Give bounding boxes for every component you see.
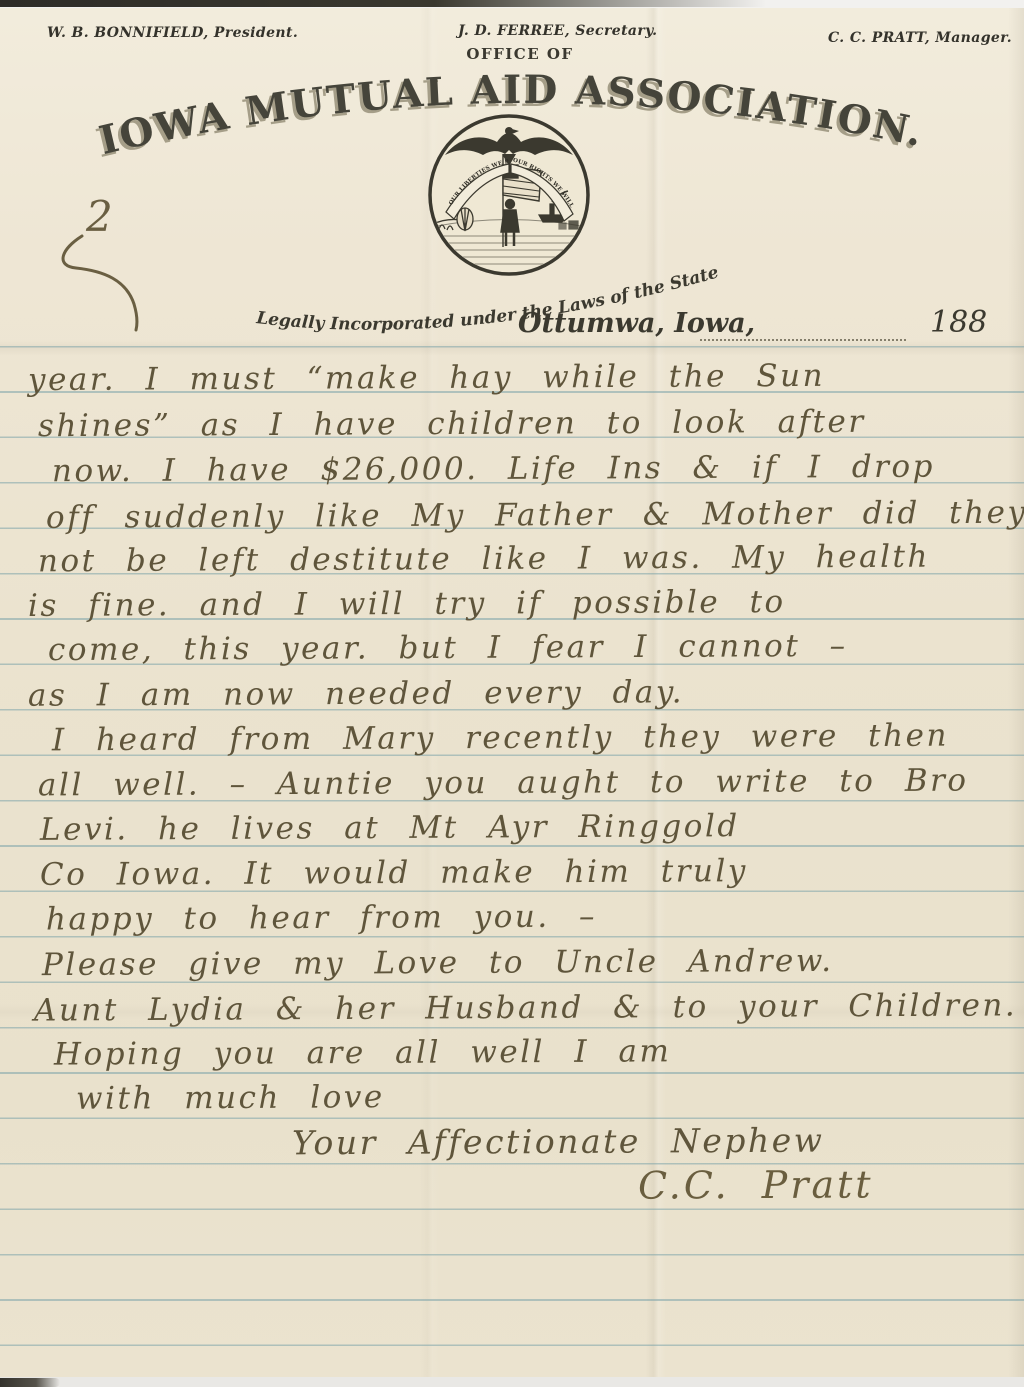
letter-line: Levi. he lives at Mt Ayr Ringgold: [40, 808, 740, 848]
letter-line: as I am now needed every day.: [28, 674, 684, 713]
scanned-letter-page: W. B. BONNIFIELD, President. J. D. FERRE…: [0, 0, 1024, 1387]
letter-line: now. I have $26,000. Life Ins & if I dro…: [52, 449, 935, 490]
scan-edge-dark-sliver: [0, 0, 790, 7]
letter-line: with much love: [76, 1079, 385, 1117]
letter-line: I heard from Mary recently they were the…: [52, 718, 949, 759]
letter-line: Hoping you are all well I am: [54, 1033, 672, 1072]
letter-line: is fine. and I will try if possible to: [28, 584, 786, 624]
letter-line: Co Iowa. It would make him truly: [40, 853, 748, 893]
scan-smudge-bottom-left: [0, 1378, 60, 1387]
letter-line: shines” as I have children to look after: [38, 404, 866, 444]
letter-line: Aunt Lydia & her Husband & to your Child…: [34, 987, 1017, 1028]
page-number-flourish: [52, 204, 192, 334]
letter-signature: C.C. Pratt: [638, 1162, 874, 1207]
letter-line: year. I must “make hay while the Sun: [28, 358, 825, 398]
letter-line: not be left destitute like I was. My hea…: [38, 539, 930, 580]
letter-line: come, this year. but I fear I cannot –: [48, 628, 848, 668]
scan-edge-bottom: [0, 1377, 1024, 1387]
letter-line: Please give my Love to Uncle Andrew.: [42, 943, 834, 983]
letter-line: happy to hear from you. –: [46, 899, 597, 938]
letter-line: off suddenly like My Father & Mother did…: [46, 494, 1024, 536]
dateline-dotted-rule: [700, 317, 906, 341]
letter-paper: W. B. BONNIFIELD, President. J. D. FERRE…: [0, 8, 1024, 1377]
letter-line: all well. – Auntie you aught to write to…: [38, 763, 969, 804]
letter-closing: Your Affectionate Nephew: [292, 1121, 825, 1163]
dateline-year: 188: [930, 305, 987, 340]
